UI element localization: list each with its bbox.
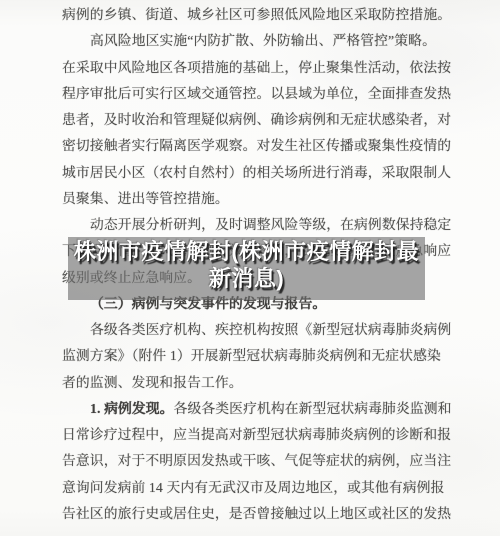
doc-line-rest: 各级各类医疗机构在新型冠状病毒肺炎监测和: [174, 401, 452, 416]
doc-line: 高风险地区实施“内防扩散、外防输出、严格管控”策略。: [62, 28, 500, 54]
doc-line: 监测方案》（附件 1）开展新型冠状病毒肺炎病例和无症状感染: [62, 343, 500, 369]
doc-line: 者的监测、发现和报告工作。: [62, 370, 500, 396]
doc-line: 告意识，对于不明原因发热或干咳、气促等症状的病例，应当注: [62, 448, 500, 474]
title-overlay-band: 株洲市疫情解封(株洲市疫情解封最 新消息): [68, 237, 425, 300]
doc-line: 程序审批后可实行区域交通管控。以县域为单位，全面排查发热: [62, 81, 500, 107]
doc-line: 动态开展分析研判，及时调整风险等级，在病例数保持稳定: [62, 212, 500, 238]
doc-line: 在采取中风险地区各项措施的基础上，停止聚集性活动，依法按: [62, 55, 500, 81]
doc-bold-lead: 1. 病例发现。: [90, 401, 174, 416]
page-title-line-1: 株洲市疫情解封(株洲市疫情解封最: [68, 238, 425, 265]
doc-line: 告社区的旅行史或居住史，是否曾接触过以上地区或社区的发热: [62, 501, 500, 527]
doc-line: 密切接触者实行隔离医学观察。对发生社区传播或聚集性疫情的: [62, 133, 500, 159]
doc-line: 日常诊疗过程中，应当提高对新型冠状病毒肺炎病例的诊断和报: [62, 422, 500, 448]
doc-line: 各级各类医疗机构、疾控机构按照《新型冠状病毒肺炎病例: [62, 317, 500, 343]
doc-line: 患者，及时收治和管理疑似病例、确诊病例和无症状感染者，对: [62, 107, 500, 133]
page-title: 株洲市疫情解封(株洲市疫情解封最 新消息): [68, 238, 425, 292]
page-title-line-2: 新消息): [68, 265, 425, 292]
doc-line: 城市居民小区（农村自然村）的相关场所进行消毒，采取限制人: [62, 160, 500, 186]
doc-line: 员聚集、进出等管控措施。: [62, 186, 500, 212]
doc-line: 意询问发病前 14 天内有无武汉市及周边地区，或其他有病例报: [62, 475, 500, 501]
doc-line: 病例的乡镇、街道、城乡社区可参照低风险地区采取防控措施。: [62, 2, 500, 28]
scanned-document-page: 病例的乡镇、街道、城乡社区可参照低风险地区采取防控措施。 高风险地区实施“内防扩…: [0, 0, 500, 536]
doc-line: 1. 病例发现。各级各类医疗机构在新型冠状病毒肺炎监测和: [62, 396, 500, 422]
